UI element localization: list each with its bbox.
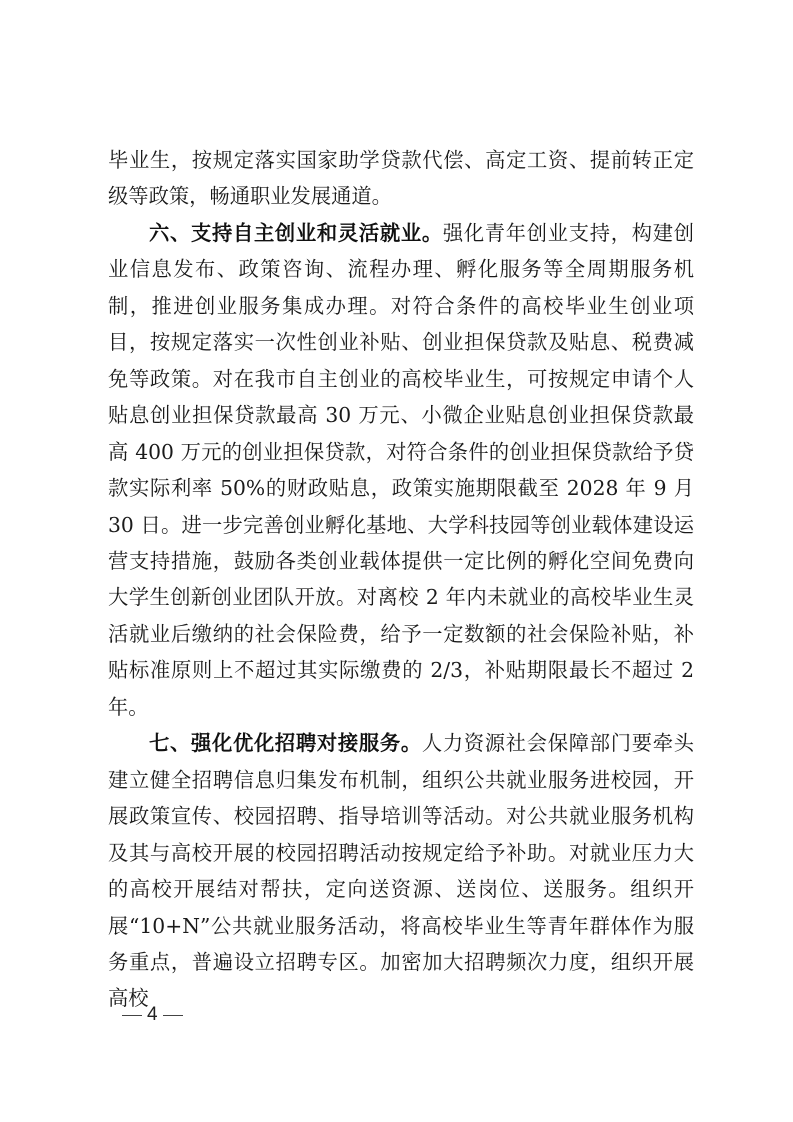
section-heading: 六、支持自主创业和灵活就业。 — [149, 221, 443, 245]
paragraph-text: 毕业生，按规定落实国家助学贷款代偿、高定工资、提前转正定级等政策，畅通职业发展通… — [108, 148, 694, 208]
document-page: 毕业生，按规定落实国家助学贷款代偿、高定工资、提前转正定级等政策，畅通职业发展通… — [0, 0, 793, 1122]
page-number: 4 — [147, 1004, 158, 1026]
paragraph-text: 强化青年创业支持，构建创业信息发布、政策咨询、流程办理、孵化服务等全周期服务机制… — [108, 221, 694, 719]
dash-left-decoration — [122, 1015, 142, 1016]
paragraph-text: 人力资源社会保障部门要牵头建立健全招聘信息归集发布机制，组织公共就业服务进校园，… — [108, 731, 694, 1010]
section-heading: 七、强化优化招聘对接服务。 — [149, 731, 422, 755]
page-number-footer: 4 — [122, 1004, 183, 1026]
paragraph-continuation: 毕业生，按规定落实国家助学贷款代偿、高定工资、提前转正定级等政策，畅通职业发展通… — [108, 142, 694, 215]
paragraph-section-7: 七、强化优化招聘对接服务。人力资源社会保障部门要牵头建立健全招聘信息归集发布机制… — [108, 725, 694, 1017]
document-body: 毕业生，按规定落实国家助学贷款代偿、高定工资、提前转正定级等政策，畅通职业发展通… — [108, 142, 694, 1017]
paragraph-section-6: 六、支持自主创业和灵活就业。强化青年创业支持，构建创业信息发布、政策咨询、流程办… — [108, 215, 694, 725]
dash-right-decoration — [163, 1015, 183, 1016]
